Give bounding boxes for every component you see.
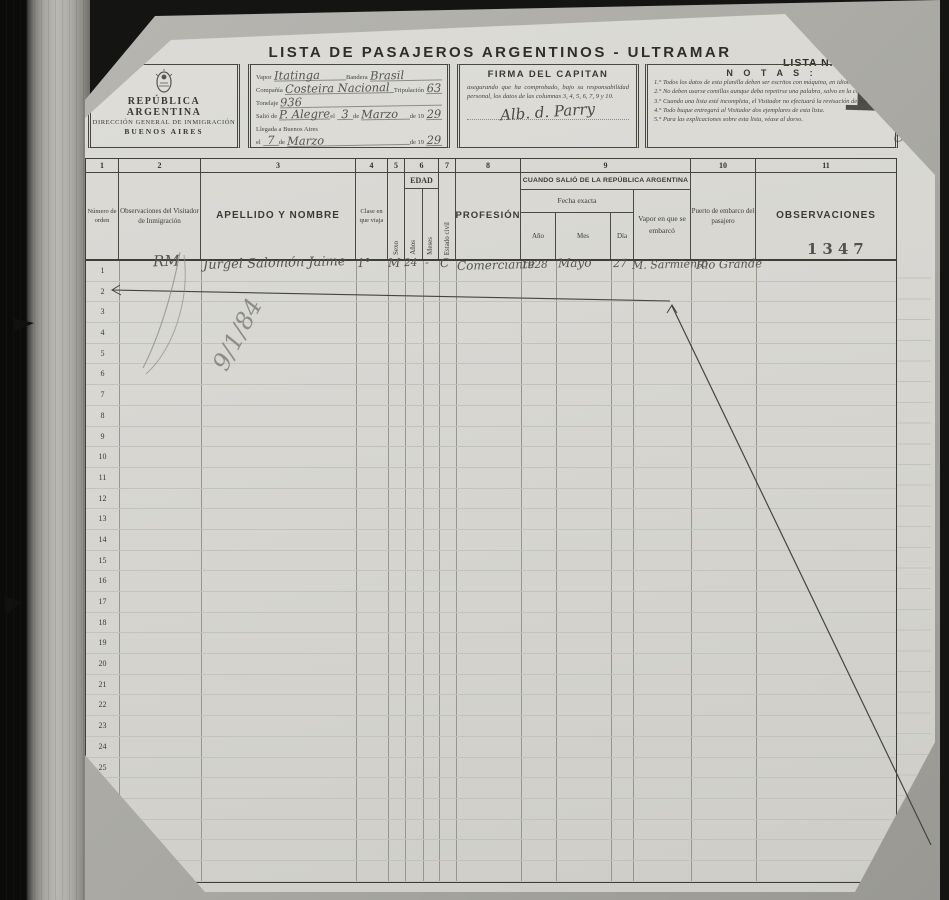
header-vapor-embarco: Vapor en que se embarcó (634, 190, 690, 259)
table-row: 28 (86, 820, 896, 841)
column-number: 1 (86, 159, 119, 172)
table-row: 24 (86, 737, 896, 758)
nota-item: 3.° Cuando una lista esté incompleta, el… (654, 98, 889, 106)
scanned-book-page: LISTA DE PASAJEROS ARGENTINOS - ULTRAMAR… (0, 0, 949, 900)
salio-ano: 29 (426, 109, 442, 120)
table-row: 19 (86, 633, 896, 654)
argentina-coat-of-arms-icon (152, 68, 176, 94)
de19-label-2: de 19 (410, 139, 426, 146)
table-row: 13 (86, 509, 896, 530)
page-stack-edges (0, 0, 90, 900)
fecha-exacta-group: Fecha exacta Año Mes Día (521, 190, 634, 259)
entry-sexo: M (388, 256, 401, 270)
row-number: 1 (86, 261, 119, 275)
column-number: 6 (405, 159, 439, 172)
column-number-strip: 1234567891011 (86, 159, 896, 173)
table-row: 21 (86, 675, 896, 696)
table-row: 2 (86, 282, 896, 303)
row-number: 20 (86, 654, 119, 668)
signature-line: Alb. d. Parry (467, 103, 629, 120)
table-row: 14 (86, 530, 896, 551)
table-row: 10 (86, 447, 896, 468)
org-city: BUENOS AIRES (91, 127, 237, 136)
row-number: 12 (86, 489, 119, 503)
entry-salida-ano: 1928 (521, 259, 548, 272)
table-row: 6 (86, 364, 896, 385)
vapor-label: Vapor (256, 74, 274, 81)
header-estado-civil: Estado civil (439, 173, 456, 259)
nota-item: 2.° No deben usarse comillas aunque deba… (654, 88, 889, 96)
header-profesion: PROFESIÓN (456, 173, 521, 259)
table-header: Número de orden Observaciones del Visita… (86, 173, 896, 261)
compania-line: Compañía Costeira Nacional Tripulación 6… (256, 81, 442, 94)
de-label: de (353, 113, 361, 120)
row-number: 17 (86, 592, 119, 606)
book-spine (0, 0, 90, 900)
salio-label: Salió de (256, 113, 279, 120)
entry-clase: 1° (357, 256, 371, 270)
column-number: 11 (756, 159, 896, 172)
table-body: 1 2 3 4 5 6 7 8 9 10 (86, 261, 896, 882)
entry-visitador-mark: RM (153, 252, 180, 271)
row-number: 19 (86, 633, 119, 647)
tonelaje-line: Tonelaje 936 (256, 94, 442, 107)
table-row: 3 (86, 302, 896, 323)
header-anos: Años (405, 189, 422, 259)
tripulacion-label: Tripulación (394, 87, 426, 94)
llegada-dia: 7 (263, 135, 279, 146)
row-number: 11 (86, 468, 119, 482)
table-row: 23 (86, 716, 896, 737)
entry-salida-dia: 27 (613, 257, 627, 270)
table-row: 4 (86, 323, 896, 344)
entry-meses: - (425, 256, 429, 269)
row-number: 16 (86, 571, 119, 585)
header-sexo: Sexo (388, 173, 405, 259)
row-number: 10 (86, 447, 119, 461)
captain-box-title: FIRMA DEL CAPITAN (467, 69, 629, 80)
table-row: 9 (86, 427, 896, 448)
table-row: 18 (86, 613, 896, 634)
entry-estado-civil: C (440, 256, 450, 270)
row-number: 6 (86, 364, 119, 378)
header-cuando-salio: CUANDO SALIÓ DE LA REPÚBLICA ARGENTINA F… (521, 173, 691, 259)
compania-label: Compañía (256, 87, 285, 94)
table-row: 20 (86, 654, 896, 675)
table-row: 15 (86, 551, 896, 572)
header-dia: Día (611, 213, 633, 259)
table-row: 30 (86, 861, 896, 882)
tripulacion-value: 63 (426, 83, 442, 94)
header-ano: Año (521, 213, 556, 259)
captain-signature: Alb. d. Parry (500, 99, 596, 124)
row-number: 18 (86, 613, 119, 627)
table-row: 17 (86, 592, 896, 613)
de-label-2: de (279, 139, 287, 146)
row-number: 9 (86, 427, 119, 441)
header-puerto-embarco: Puerto de embarco del pasajero (691, 173, 756, 259)
column-number: 2 (119, 159, 201, 172)
column-number: 7 (439, 159, 456, 172)
row-number: 2 (86, 282, 119, 296)
llegada-line: Llegada a Buenos Aires (256, 120, 442, 133)
document-page: LISTA DE PASAJEROS ARGENTINOS - ULTRAMAR… (85, 0, 935, 900)
row-number: 15 (86, 551, 119, 565)
column-number: 10 (691, 159, 756, 172)
org-direction: DIRECCIÓN GENERAL DE INMIGRACIÓN (91, 119, 237, 126)
llegada-mes: Marzo (287, 134, 410, 147)
document-title: LISTA DE PASAJEROS ARGENTINOS - ULTRAMAR (220, 44, 780, 61)
table-row: 26 (86, 778, 896, 799)
table-row: 7 (86, 385, 896, 406)
llegada-ano: 29 (426, 135, 442, 146)
de19-label: de 19 (410, 113, 426, 120)
nota-item: 5.° Para las explicaciones sobre esta li… (654, 116, 889, 124)
column-number: 5 (388, 159, 405, 172)
salio-mes: Marzo (361, 109, 410, 121)
org-name: REPÚBLICA ARGENTINA (91, 96, 237, 118)
folio-stamp: 1347 (807, 240, 869, 258)
table-row: 25 (86, 758, 896, 779)
table-row: 22 (86, 695, 896, 716)
entry-anos: 24 (404, 257, 418, 269)
row-number: 23 (86, 716, 119, 730)
ship-box: Vapor Itatinga Bandera Brasil Compañía C… (248, 64, 450, 148)
llegada-label: Llegada a Buenos Aires (256, 126, 320, 133)
row-number: 13 (86, 509, 119, 523)
tonelaje-label: Tonelaje (256, 100, 280, 107)
salio-line: Salió de P. Alegre el 3 de Marzo de 19 2… (256, 107, 442, 120)
cuando-salio-label: CUANDO SALIÓ DE LA REPÚBLICA ARGENTINA (521, 173, 690, 190)
row-number: 22 (86, 695, 119, 709)
row-number: 21 (86, 675, 119, 689)
captain-box: FIRMA DEL CAPITAN asegurando que ha comp… (457, 64, 639, 148)
header-meses: Meses (422, 189, 438, 259)
entry-salida-mes: Mayo (558, 256, 592, 271)
row-number: 8 (86, 406, 119, 420)
row-number: 14 (86, 530, 119, 544)
table-row: 8 (86, 406, 896, 427)
fecha-exacta-label: Fecha exacta (521, 190, 633, 213)
vapor-value: Itatinga (273, 69, 346, 81)
column-number: 8 (456, 159, 521, 172)
header-observaciones-visitador: Observaciones del Visitador de Inmigraci… (119, 173, 201, 259)
header-apellido-nombre: APELLIDO Y NOMBRE (201, 173, 356, 259)
table-row: 16 (86, 571, 896, 592)
compania-value: Costeira Nacional (285, 82, 394, 95)
column-number: 4 (356, 159, 388, 172)
row-number: 5 (86, 344, 119, 358)
entry-puerto-embarco: Rio Grande (696, 256, 762, 272)
header-clase: Clase en que viaja (356, 173, 388, 259)
el-label: el (330, 113, 337, 120)
vapor-line: Vapor Itatinga Bandera Brasil (256, 68, 442, 81)
row-number: 4 (86, 323, 119, 337)
salio-dia: 3 (337, 109, 353, 120)
salio-value: P. Alegre (279, 109, 330, 121)
table-row: 27 (86, 799, 896, 820)
nota-item: 4.° Todo buque entregará al Visitador do… (654, 107, 889, 115)
el-label-2: el (256, 139, 263, 146)
row-number: 24 (86, 737, 119, 751)
header-mes: Mes (556, 213, 611, 259)
row-number: 3 (86, 302, 119, 316)
edad-label: EDAD (405, 173, 438, 189)
header-numero-orden: Número de orden (86, 173, 119, 259)
column-number: 9 (521, 159, 691, 172)
row-number: 7 (86, 385, 119, 399)
table-row: 29 (86, 840, 896, 861)
llegada-fecha-line: el 7 de Marzo de 19 29 (256, 133, 442, 146)
edad-subcolumns: Años Meses (405, 189, 438, 259)
column-number: 3 (201, 159, 356, 172)
captain-box-text: asegurando que ha comprobado, bajo su re… (467, 84, 629, 102)
table-row: 12 (86, 489, 896, 510)
table-row: 11 (86, 468, 896, 489)
header-edad: EDAD Años Meses (405, 173, 439, 259)
